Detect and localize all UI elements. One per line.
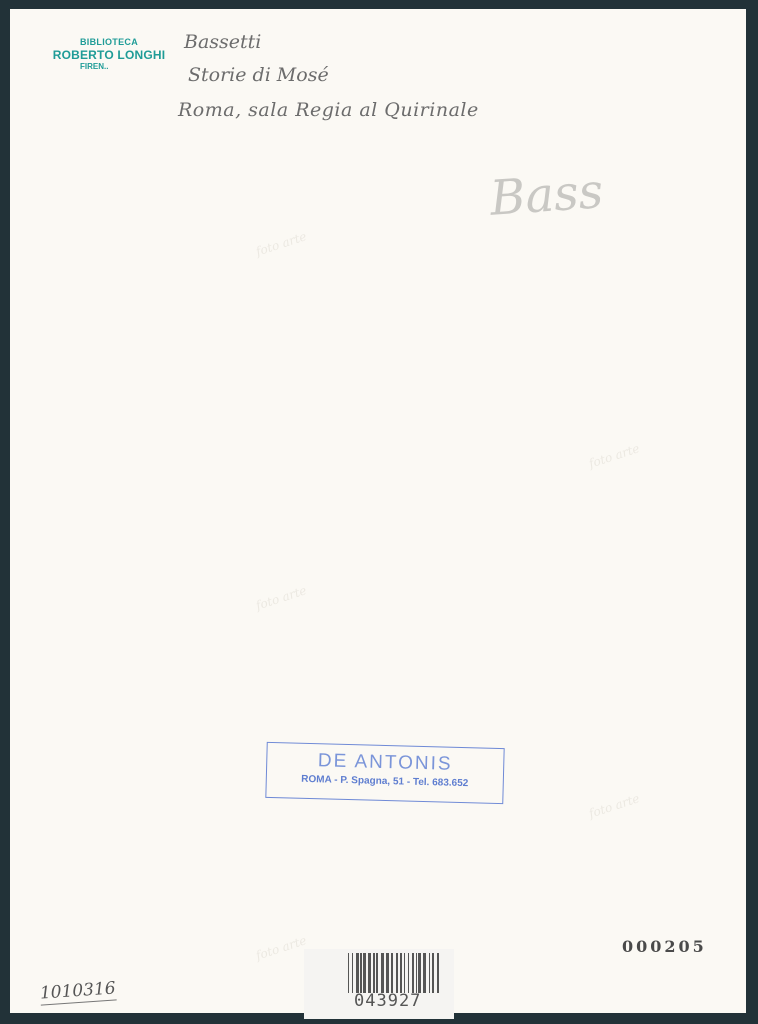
- barcode-number: 043927: [354, 991, 421, 1011]
- watermark: foto arte: [587, 791, 641, 820]
- library-stamp: BIBLIOTECA ROBERTO LONGHI FIREN..: [44, 37, 174, 72]
- studio-stamp: DE ANTONIS ROMA - P. Spagna, 51 - Tel. 6…: [265, 742, 504, 804]
- handwritten-artist: Bassetti: [184, 31, 261, 53]
- watermark: foto arte: [254, 229, 308, 258]
- handwritten-location: Roma, sala Regia al Quirinale: [178, 99, 479, 121]
- photo-back-sheet: BIBLIOTECA ROBERTO LONGHI FIREN.. Basset…: [10, 9, 746, 1013]
- watermark: foto arte: [587, 441, 641, 470]
- inventory-number: 1010316: [39, 978, 116, 1005]
- library-stamp-line1: BIBLIOTECA: [44, 37, 174, 48]
- barcode-label: 043927: [304, 949, 454, 1019]
- library-stamp-line2: ROBERTO LONGHI: [44, 48, 174, 62]
- watermark: foto arte: [254, 583, 308, 612]
- pencil-signature: Bass: [488, 163, 605, 227]
- serial-number: 000205: [622, 937, 707, 956]
- handwritten-title: Storie di Mosé: [188, 64, 329, 86]
- barcode-bars: [348, 953, 444, 993]
- watermark: foto arte: [254, 933, 308, 962]
- library-stamp-line3: FIREN..: [44, 62, 174, 72]
